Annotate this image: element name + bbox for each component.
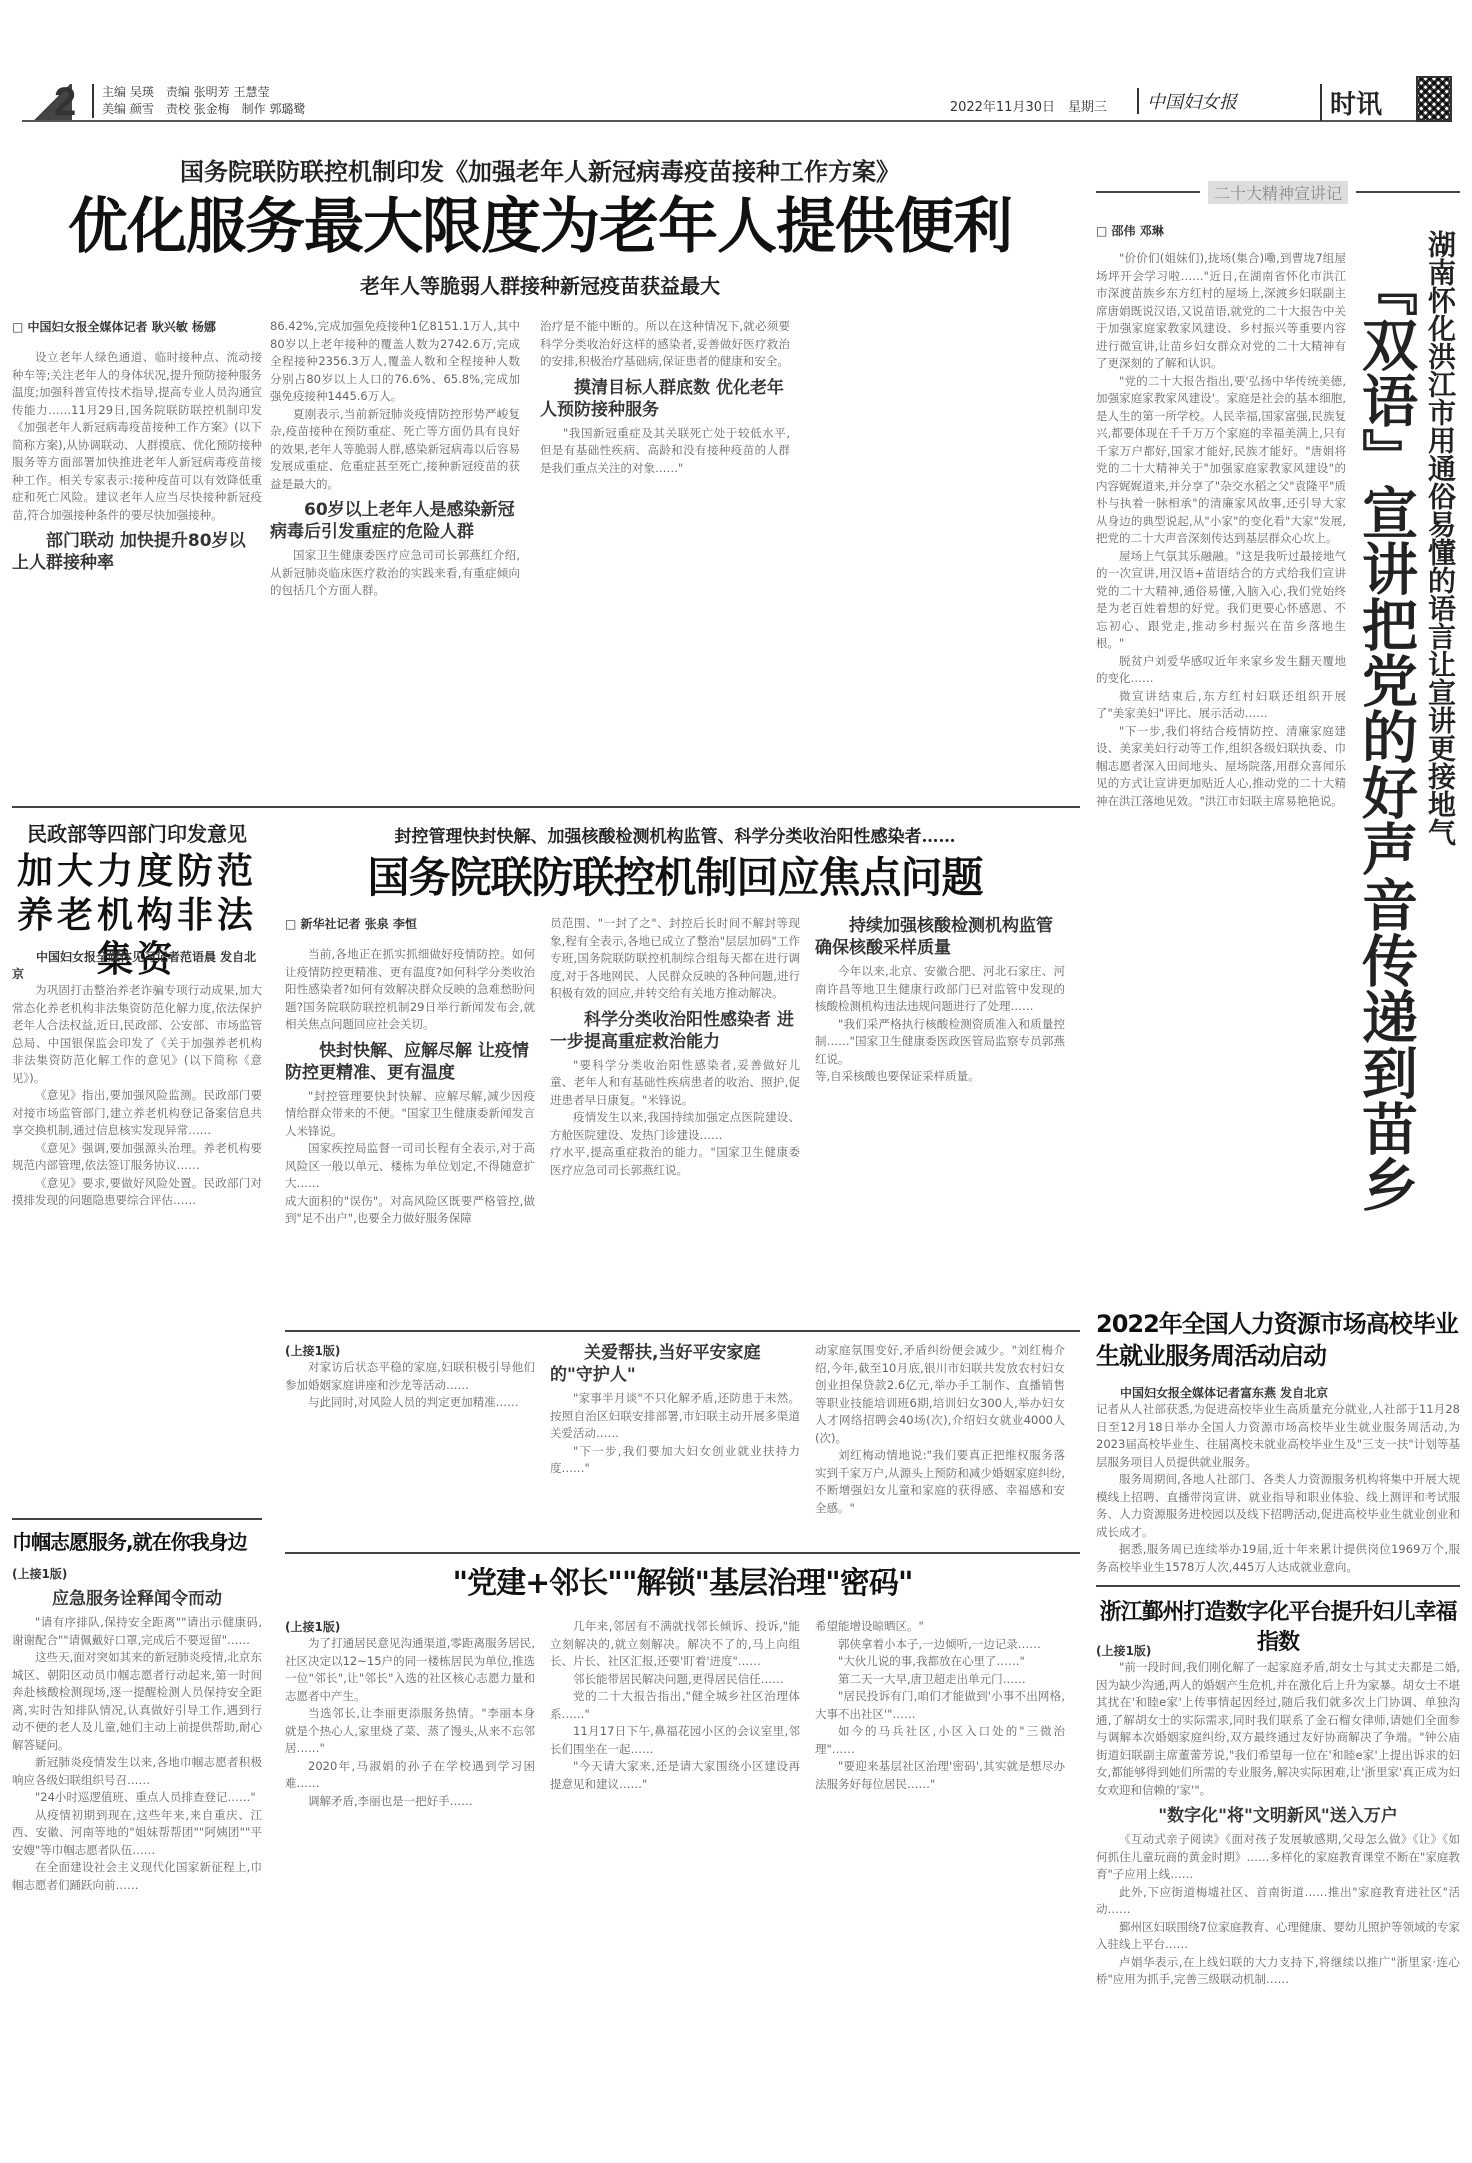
prevention-paragraph: 员范围、"一封了之"、封控后长时间不解封等现象,程有全表示,各地已成立了整治"层…: [550, 915, 800, 1003]
pension-paragraph: 为巩固打击整治养老诈骗专项行动成果,加大常态化养老机构非法集资防范化解力度,依法…: [12, 982, 262, 1087]
community-paragraph: 11月17日下午,鼻福花园小区的会议室里,邻长们围坐在一起……: [550, 1723, 800, 1758]
employment-paragraph: 据悉,服务周已连续举办19届,近十年来累计提供岗位1969万个,服务高校毕业生1…: [1096, 1541, 1460, 1576]
lead-expert-paragraph: 国家卫生健康委医疗应急司司长郭燕红介绍,从新冠肺炎临床医疗救治的实践来看,有重症…: [270, 547, 520, 600]
community-paragraph: 第二天一大早,唐卫超走出单元门……: [815, 1671, 1065, 1689]
zhejiang-paragraph: 此外,下应街道梅墟社区、首南街道……推出"家庭教育进社区"活动……: [1096, 1884, 1460, 1919]
zhejiang-body: (上接1版) "前一段时间,我们刚化解了一起家庭矛盾,胡女士与其丈夫都是二婚,因…: [1096, 1642, 1460, 1989]
family-paragraph: 刘红梅动情地说:"我们要真正把维权服务落实到千家万户,从源头上预防和减少婚姻家庭…: [815, 1447, 1065, 1517]
pension-byline: 中国妇女报全媒体见习记者范语晨 发自北京: [12, 948, 262, 982]
volunteer-paragraph: 这些天,面对突如其来的新冠肺炎疫情,北京东城区、朝阳区动员巾帼志愿者行动起来,第…: [12, 1649, 262, 1754]
community-paragraph: "大伙儿说的事,我都放在心里了……": [815, 1653, 1065, 1671]
family-paragraph: 与此同时,对风险人员的判定更加精准……: [285, 1394, 535, 1412]
community-headline: "党建+邻长""解锁"基层治理"密码": [285, 1564, 1080, 1604]
sidebar-tag-label: 二十大精神宣讲记: [1208, 181, 1348, 204]
divider: [1356, 191, 1460, 193]
page-number: 2: [54, 80, 76, 125]
community-paragraph: 调解矛盾,李丽也是一把好手……: [285, 1793, 535, 1811]
continued-label: (上接1版): [285, 1618, 535, 1635]
family-col-2: 关爱帮扶,当好平安家庭的"守护人" "家事半月谈"不只化解矛盾,还防患于未然。按…: [550, 1342, 800, 1478]
divider: [1096, 191, 1200, 193]
section-divider: [12, 1518, 262, 1520]
volunteer-body: (上接1版) 应急服务诠释闻令而动 "请有序排队,保持安全距离""请出示健康码,…: [12, 1565, 262, 1894]
qr-code-icon[interactable]: [1416, 76, 1452, 122]
prevention-col-1: □ 新华社记者 张泉 李恒 当前,各地正在抓实抓细做好疫情防控。如何让疫情防控更…: [285, 915, 535, 1228]
zhejiang-paragraph: 卢娟华表示,在上线妇联的大力支持下,将继续以推广"浙里家·连心桥"应用为抓手,完…: [1096, 1954, 1460, 1989]
lead-care-paragraph: 治疗是不能中断的。所以在这种情况下,就必须要科学分类收治好这样的感染者,妥善做好…: [540, 318, 790, 371]
pension-paragraph: 《意见》强调,要加强源头治理。养老机构要规范内部管理,依法签订服务协议……: [12, 1140, 262, 1175]
prevention-subhead-1: 快封快解、应解尽解 让疫情防控更精准、更有温度: [285, 1040, 535, 1084]
lead-subhead-3: 摸清目标人群底数 优化老年人预防接种服务: [540, 377, 790, 421]
zhejiang-paragraph: 鄞州区妇联围绕7位家庭教育、心理健康、婴幼儿照护等领域的专家入驻线上平台……: [1096, 1919, 1460, 1954]
volunteer-headline: 巾帼志愿服务,就在你我身边: [12, 1528, 262, 1556]
employment-paragraph: 服务周期间,各地人社部门、各类人力资源服务机构将集中开展大规模线上招聘、直播带岗…: [1096, 1471, 1460, 1541]
community-col-1: (上接1版) 为了打通居民意见沟通渠道,零距离服务居民,社区决定以12~15户的…: [285, 1618, 535, 1810]
family-paragraph: "下一步,我们要加大妇女创业就业扶持力度……": [550, 1443, 800, 1478]
community-paragraph: 2020年,马淑娟的孙子在学校遇到学习困难……: [285, 1758, 535, 1793]
prevention-paragraph: 等,自采核酸也要保证采样质量。: [815, 1068, 1065, 1086]
pension-paragraph: 《意见》要求,要做好风险处置。民政部门对摸排发现的问题隐患要综合评估……: [12, 1175, 262, 1210]
community-paragraph: 为了打通居民意见沟通渠道,零距离服务居民,社区决定以12~15户的同一楼栋居民为…: [285, 1635, 535, 1705]
lead-stats-paragraph: 86.42%,完成加强免疫接种1亿8151.1万人,其中80岁以上老年接种的覆盖…: [270, 318, 520, 406]
lead-byline: □ 中国妇女报全媒体记者 耿兴敏 杨娜: [12, 318, 262, 335]
sidebar-vertical-kicker: 湖南怀化洪江市用通俗易懂的语言让宣讲更接地气: [1420, 230, 1460, 930]
sidebar-paragraph: "价价们(姐妹们),拢场(集合)嘞,到曹垅7组屋场坪开会学习啦……"近日,在湖南…: [1096, 250, 1346, 373]
section-divider: [1096, 1585, 1460, 1587]
family-paragraph: 动家庭氛围变好,矛盾纠纷便会减少。"刘红梅介绍,今年,截至10月底,银川市妇联共…: [815, 1342, 1065, 1447]
sidebar-paragraph: 屋场上气氛其乐融融。"这是我听过最接地气的一次宣讲,用汉语+苗语结合的方式给我们…: [1096, 548, 1346, 653]
lead-kicker: 国务院联防联控机制印发《加强老年人新冠病毒疫苗接种工作方案》: [0, 152, 1080, 187]
community-paragraph: 当选邻长,让李丽更添服务热情。"李丽本身就是个热心人,家里烧了菜、蒸了馒头,从来…: [285, 1705, 535, 1758]
family-paragraph: 对家访后状态平稳的家庭,妇联积极引导他们参加婚姻家庭讲座和沙龙等活动……: [285, 1359, 535, 1394]
prevention-paragraph: 成大面积的"误伤"。对高风险区既要严格管控,做到"足不出户",也要全力做好服务保…: [285, 1193, 535, 1228]
employment-byline: 中国妇女报全媒体记者富东燕 发自北京: [1096, 1386, 1328, 1400]
pension-body: 中国妇女报全媒体见习记者范语晨 发自北京 为巩固打击整治养老诈骗专项行动成果,加…: [12, 948, 262, 1210]
zhejiang-paragraph: 《互动式亲子阅读》《面对孩子发展敏感期,父母怎么做》《让》《如何抓住儿童玩商的黄…: [1096, 1831, 1460, 1884]
volunteer-paragraph: "请有序排队,保持安全距离""请出示健康码,谢谢配合""请佩戴好口罩,完成后不要…: [12, 1614, 262, 1649]
sidebar-paragraph: "党的二十大报告指出,要'弘扬中华传统美德,加强家庭家教家风建设'。家庭是社会的…: [1096, 373, 1346, 548]
lead-quote-paragraph: 夏刚表示,当前新冠肺炎疫情防控形势严峻复杂,疫苗接种在预防重症、死亡等方面仍具有…: [270, 406, 520, 494]
volunteer-paragraph: "24小时巡逻值班、重点人员排查登记……": [12, 1789, 262, 1807]
volunteer-paragraph: 从疫情初期到现在,这些年来,来自重庆、江西、安徽、河南等地的"姐妹帮帮团""阿姨…: [12, 1807, 262, 1860]
lead-col-1: □ 中国妇女报全媒体记者 耿兴敏 杨娜 设立老年人绿色通道、临时接种点、流动接种…: [12, 318, 262, 578]
community-col-3: 希望能增设晾晒区。" 郭侠拿着小本子,一边倾听,一边记录…… "大伙儿说的事,我…: [815, 1618, 1065, 1793]
volunteer-subhead: 应急服务诠释闻令而动: [12, 1588, 262, 1610]
prevention-paragraph: 疫情发生以来,我国持续加强定点医院建设、方舱医院建设、发热门诊建设……: [550, 1109, 800, 1144]
pension-paragraph: 《意见》指出,要加强风险监测。民政部门要对接市场监管部门,建立养老机构登记备案信…: [12, 1087, 262, 1140]
editor-credits: 主编 吴瑛 责编 张明芳 王慧莹 美编 颜雪 责校 张金梅 制作 郭璐鹭: [92, 84, 305, 118]
community-paragraph: 邻长能带居民解决问题,更得居民信任……: [550, 1671, 800, 1689]
community-paragraph: 希望能增设晾晒区。": [815, 1618, 1065, 1636]
prevention-paragraph: "封控管理要快封快解、应解尽解,减少因疫情给群众带来的不便。"国家卫生健康委新闻…: [285, 1088, 535, 1141]
employment-body: 中国妇女报全媒体记者富东燕 发自北京 记者从人社部获悉,为促进高校毕业生高质量充…: [1096, 1382, 1460, 1576]
employment-paragraph: 记者从人社部获悉,为促进高校毕业生高质量充分就业,人社部于11月28日至12月1…: [1096, 1401, 1460, 1471]
page-number-badge: 2: [32, 84, 72, 120]
lead-col-2: 86.42%,完成加强免疫接种1亿8151.1万人,其中80岁以上老年接种的覆盖…: [270, 318, 520, 600]
prevention-subhead-2: 科学分类收治阳性感染者 进一步提高重症救治能力: [550, 1009, 800, 1053]
prevention-intro: 当前,各地正在抓实抓细做好疫情防控。如何让疫情防控更精准、更有温度?如何科学分类…: [285, 946, 535, 1034]
credits-line-2: 美编 颜雪 责校 张金梅 制作 郭璐鹭: [102, 101, 305, 118]
zhejiang-paragraph: "前一段时间,我们刚化解了一起家庭矛盾,胡女士与其丈夫都是二婚,因为缺少沟通,两…: [1096, 1659, 1460, 1799]
sidebar-vertical-headline: 『双语』宣讲把党的好声音传递到苗乡: [1355, 260, 1415, 1260]
zhejiang-subhead: "数字化"将"文明新风"送入万户: [1096, 1805, 1460, 1827]
section-divider: [285, 1330, 1080, 1332]
community-paragraph: 郭侠拿着小本子,一边倾听,一边记录……: [815, 1636, 1065, 1654]
prevention-kicker: 封控管理快封快解、加强核酸检测机构监管、科学分类收治阳性感染者……: [270, 822, 1080, 847]
family-col-1: (上接1版) 对家访后状态平稳的家庭,妇联积极引导他们参加婚姻家庭讲座和沙龙等活…: [285, 1342, 535, 1412]
lead-subhead-1: 部门联动 加快提升80岁以上人群接种率: [12, 530, 262, 574]
masthead: 2 主编 吴瑛 责编 张明芳 王慧莹 美编 颜雪 责校 张金梅 制作 郭璐鹭 2…: [22, 84, 1452, 122]
continued-label: (上接1版): [12, 1565, 262, 1582]
sidebar-paragraph: 脱贫户刘爱华感叹近年来家乡发生翻天覆地的变化……: [1096, 653, 1346, 688]
section-divider: [285, 1552, 1080, 1554]
lead-target-paragraph: "我国新冠重症及其关联死亡处于较低水平,但是有基础性疾病、高龄和没有接种疫苗的人…: [540, 425, 790, 478]
lead-headline: 优化服务最大限度为老年人提供便利: [0, 192, 1080, 262]
section-title: 时讯: [1320, 84, 1382, 121]
community-paragraph: 党的二十大报告指出,"健全城乡社区治理体系……": [550, 1688, 800, 1723]
pension-kicker: 民政部等四部门印发意见: [12, 818, 262, 847]
continued-label: (上接1版): [285, 1342, 535, 1359]
community-paragraph: 几年来,邻居有不满就找邻长倾诉、投诉,"能立刻解决的,就立刻解决。解决不了的,马…: [550, 1618, 800, 1671]
credits-line-1: 主编 吴瑛 责编 张明芳 王慧莹: [102, 84, 305, 101]
prevention-paragraph: 今年以来,北京、安徽合肥、河北石家庄、河南许昌等地卫生健康行政部门已对监管中发现…: [815, 963, 1065, 1016]
volunteer-paragraph: 在全面建设社会主义现代化国家新征程上,巾帼志愿者们踊跃向前……: [12, 1859, 262, 1894]
employment-headline: 2022年全国人力资源市场高校毕业生就业服务周活动启动: [1096, 1308, 1460, 1372]
lead-col-3: 治疗是不能中断的。所以在这种情况下,就必须要科学分类收治好这样的感染者,妥善做好…: [540, 318, 790, 477]
prevention-paragraph: "我们采严格执行核酸检测资质准入和质量控制……"国家卫生健康委医政医管局监察专员…: [815, 1016, 1065, 1069]
prevention-subhead-3: 持续加强核酸检测机构监管 确保核酸采样质量: [815, 915, 1065, 959]
family-col-3: 动家庭氛围变好,矛盾纠纷便会减少。"刘红梅介绍,今年,截至10月底,银川市妇联共…: [815, 1342, 1065, 1517]
prevention-col-2: 员范围、"一封了之"、封控后长时间不解封等现象,程有全表示,各地已成立了整治"层…: [550, 915, 800, 1179]
prevention-paragraph: 国家疾控局监督一司司长程有全表示,对于高风险区一般以单元、楼栋为单位划定,不得随…: [285, 1140, 535, 1193]
prevention-headline: 国务院联防联控机制回应焦点问题: [270, 850, 1080, 906]
sidebar-paragraph: 微宣讲结束后,东方红村妇联还组织开展了"美家美妇"评比、展示活动……: [1096, 688, 1346, 723]
sidebar-tag: 二十大精神宣讲记: [1096, 182, 1460, 202]
community-paragraph: "居民投诉有门,咱们才能做到'小事不出网格,大事不出社区'"……: [815, 1688, 1065, 1723]
family-paragraph: "家事半月谈"不只化解矛盾,还防患于未然。按照自治区妇联安排部署,市妇联主动开展…: [550, 1390, 800, 1443]
lead-subhead-2: 60岁以上老年人是感染新冠病毒后引发重症的危险人群: [270, 499, 520, 543]
community-paragraph: "要迎来基层社区治理'密码',其实就是想尽办法服务好每位居民……": [815, 1758, 1065, 1793]
community-paragraph: "今天请大家来,还是请大家围绕小区建设再提意见和建议……": [550, 1758, 800, 1793]
sidebar-body: "价价们(姐妹们),拢场(集合)嘞,到曹垅7组屋场坪开会学习啦……"近日,在湖南…: [1096, 250, 1346, 810]
volunteer-paragraph: 新冠肺炎疫情发生以来,各地巾帼志愿者积极响应各级妇联组织号召……: [12, 1754, 262, 1789]
lead-deck: 老年人等脆弱人群接种新冠疫苗获益最大: [0, 270, 1080, 299]
section-divider: [12, 806, 1080, 808]
community-col-2: 几年来,邻居有不满就找邻长倾诉、投诉,"能立刻解决的,就立刻解决。解决不了的,马…: [550, 1618, 800, 1793]
prevention-paragraph: 疗水平,提高重症救治的能力。"国家卫生健康委医疗应急司司长郭燕红说。: [550, 1144, 800, 1179]
lead-paragraph: 设立老年人绿色通道、临时接种点、流动接种车等;关注老年人的身体状况,提升预防接种…: [12, 349, 262, 524]
sidebar-byline: □ 邵伟 邓琳: [1096, 222, 1164, 239]
prevention-col-3: 持续加强核酸检测机构监管 确保核酸采样质量 今年以来,北京、安徽合肥、河北石家庄…: [815, 915, 1065, 1086]
prevention-paragraph: "要科学分类收治阳性感染者,妥善做好儿童、老年人和有基础性疾病患者的收治、照护,…: [550, 1057, 800, 1110]
prevention-byline: □ 新华社记者 张泉 李恒: [285, 915, 535, 932]
sidebar-paragraph: "下一步,我们将结合疫情防控、清廉家庭建设、美家美妇行动等工作,组织各级妇联执委…: [1096, 723, 1346, 811]
family-subhead: 关爱帮扶,当好平安家庭的"守护人": [550, 1342, 800, 1386]
paper-logo: 中国妇女报: [1137, 88, 1237, 114]
issue-date: 2022年11月30日 星期三: [950, 96, 1107, 115]
community-paragraph: 如今的马兵社区,小区入口处的"三微治理"……: [815, 1723, 1065, 1758]
continued-label: (上接1版): [1096, 1642, 1460, 1659]
